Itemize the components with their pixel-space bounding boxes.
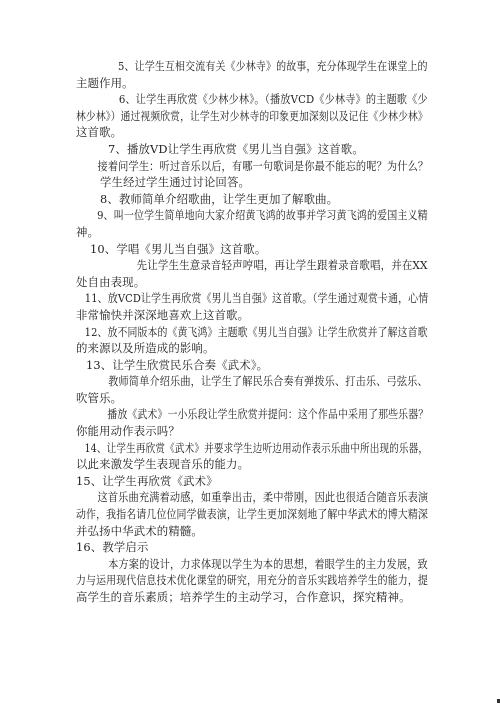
text-line: 16、教学启示: [76, 539, 428, 556]
text-line: 教师简单介绍乐曲，让学生了解民乐合奏有弹拨乐、打击乐、弓弦乐、: [76, 373, 390, 390]
text-line: 12、放不同版本的《黄飞鸿》主题歌《男儿当自强》让学生欣赏并了解这首歌: [76, 324, 381, 341]
text-line: 动作，我指名请几位位同学做表演，让学生更加深刻地了解中华武术的博大精深: [76, 506, 383, 523]
text-line: 高学生的音乐素质；培养学生的主动学习，合作意识，探究精神。: [76, 589, 428, 606]
text-line: 的来源以及所造成的影响。: [76, 340, 428, 357]
text-line: 10、学唱《男儿当自强》这首歌。: [76, 241, 428, 258]
text-line: 先让学生生意录音轻声哼唱，再让学生跟着录音歌唱，并在XX: [76, 257, 400, 274]
text-line: 以此来激发学生表现音乐的能力。: [76, 456, 428, 473]
text-line: 神。: [76, 224, 428, 241]
text-line: 11、放VCD让学生再欣赏《男儿当自强》这首歌。（学生通过观赏卡通，心情: [76, 290, 383, 307]
document-body: 5、让学生互相交流有关《少林寺》的故事，充分体现学生在课堂上的主题作用。6、让学…: [76, 58, 428, 606]
text-line: 你能用动作表示吗？: [76, 423, 428, 440]
text-line: 接着问学生：听过音乐以后，有哪一句歌词是你最不能忘的呢？为什么？: [76, 158, 391, 175]
text-line: 处自由表现。: [76, 274, 428, 291]
text-line: 力与运用现代信息技术优化课堂的研究，用充分的音乐实践培养学生的能力，提: [76, 572, 383, 589]
text-line: 6、让学生再欣赏《少林少林》。（播放VCD《少林寺》的主题歌《少: [76, 91, 390, 108]
text-line: 8、教师简单介绍歌曲，让学生更加了解歌曲。: [76, 191, 428, 208]
text-line: 非常愉快并深深地喜欢上这首歌。: [76, 307, 428, 324]
text-line: 13、让学生欣赏民乐合奏《武术》。: [76, 357, 428, 374]
text-line: 9、叫一位学生简单地向大家介绍黄飞鸿的故事并学习黄飞鸿的爱国主义精: [76, 207, 385, 224]
text-line: 14、让学生再欣赏《武术》并要求学生边听边用动作表示乐曲中所出现的乐器，: [76, 440, 373, 457]
text-line: 林少林》）通过视频欣赏，让学生对少林寺的印象更加深刻以及记住《少林少林》: [76, 108, 378, 125]
text-line: 本方案的设计，力求体现以学生为本的思想，着眼学生的主力发展，致: [76, 556, 390, 573]
text-line: 5、让学生互相交流有关《少林寺》的故事，充分体现学生在课堂上的: [76, 58, 384, 75]
text-line: 15、让学生再欣赏《武术》: [76, 473, 428, 490]
text-line: 7、播放VD让学生再欣赏《男儿当自强》这首歌。: [76, 141, 428, 158]
text-line: 这首乐曲充满着动感，如重拳出击，柔中带刚，因此也很适合随音乐表演: [76, 489, 391, 506]
text-line: 主题作用。: [76, 75, 428, 92]
text-line: 学生经过学生通过讨论回答。: [76, 174, 428, 191]
text-line: 这首歌。: [76, 124, 428, 141]
text-line: 吹管乐。: [76, 390, 428, 407]
text-line: 播放《武术》一小乐段让学生欣赏并提问：这个作品中采用了那些乐器？: [76, 406, 382, 423]
text-line: 并弘扬中华武术的精髓。: [76, 523, 428, 540]
